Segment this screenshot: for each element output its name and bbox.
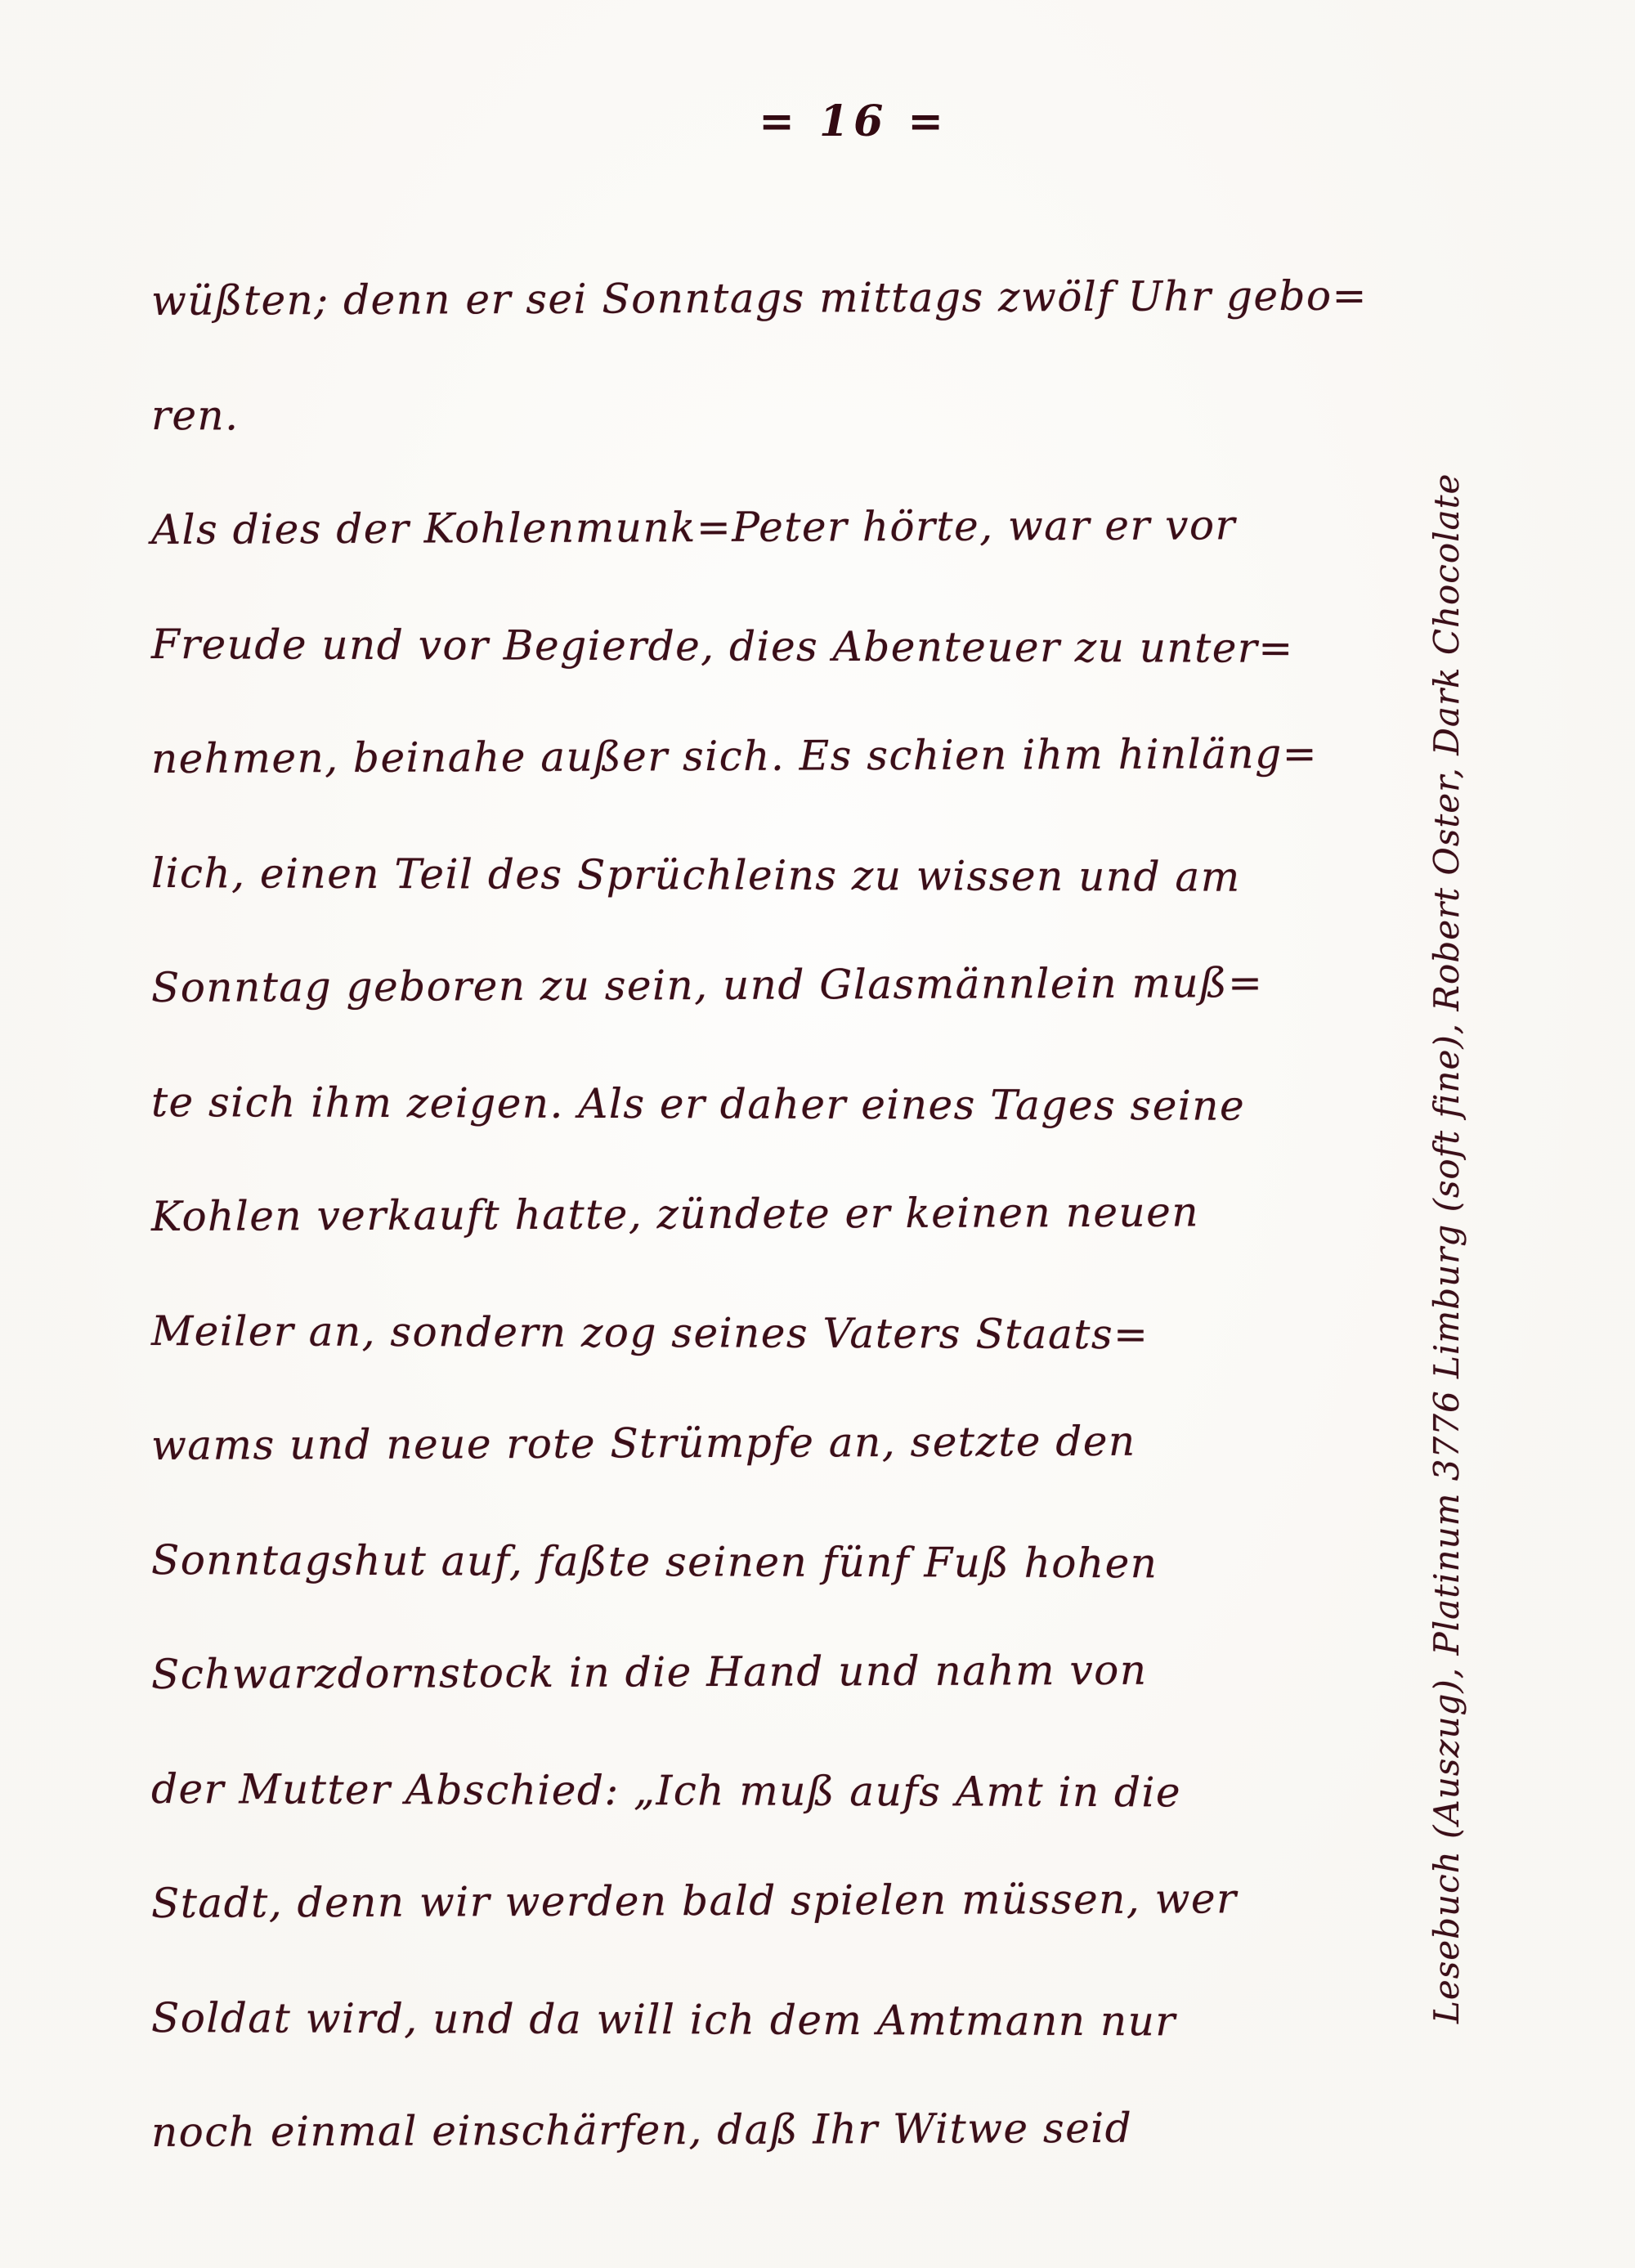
text-line: Kohlen verkauft hatte, zündete er keinen… xyxy=(151,1154,1362,1274)
manuscript-text: wüßten; denn er sei Sonntags mittags zwö… xyxy=(151,244,1361,2190)
text-line: noch einmal einschärfen, daß Ihr Witwe s… xyxy=(151,2070,1362,2190)
text-line: Als dies der Kohlenmunk=Peter hörte, war… xyxy=(151,468,1362,587)
text-line: te sich ihm zeigen. Als er daher eines T… xyxy=(151,1045,1361,1163)
text-line: Schwarzdornstock in die Hand und nahm vo… xyxy=(151,1612,1362,1732)
text-line: Sonntag geboren zu sein, und Glasmännlei… xyxy=(151,926,1362,1045)
text-line: Sonntagshut auf, faßte seinen fünf Fuß h… xyxy=(151,1503,1361,1621)
page-number: = 16 = xyxy=(0,96,948,146)
text-line: lich, einen Teil des Sprüchleins zu wiss… xyxy=(151,816,1361,935)
text-line: der Mutter Abschied: „Ich muß aufs Amt i… xyxy=(151,1732,1361,1850)
text-line: Stadt, denn wir werden bald spielen müss… xyxy=(151,1841,1362,1961)
text-line: nehmen, beinahe außer sich. Es schien ih… xyxy=(151,697,1362,816)
text-line: Soldat wird, und da will ich dem Amtmann… xyxy=(151,1961,1361,2079)
margin-materials-note: Lesebuch (Auszug), Platinum 3776 Limburg… xyxy=(1427,473,1467,2024)
text-line: Freude und vor Begierde, dies Abenteuer … xyxy=(151,587,1361,706)
text-line: wüßten; denn er sei Sonntags mittags zwö… xyxy=(151,239,1362,358)
text-line: wams und neue rote Strümpfe an, setzte d… xyxy=(151,1383,1362,1503)
text-line: Meiler an, sondern zog seines Vaters Sta… xyxy=(151,1274,1361,1392)
text-line: ren. xyxy=(151,358,1361,477)
